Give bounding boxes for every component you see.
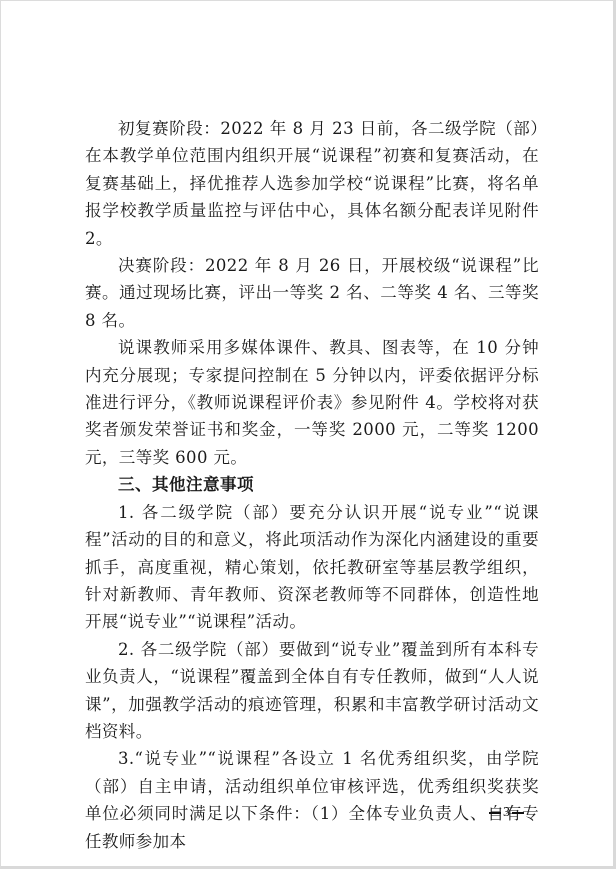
paragraph-final-stage: 决赛阶段：2022 年 8 月 26 日，开展校级“说课程”比赛。通过现场比赛，… [85, 252, 539, 334]
page-number-value: 3 [503, 805, 510, 821]
paragraph-note-1: 1. 各二级学院（部）要充分认识开展“说专业”“说课程”活动的目的和意义，将此项… [85, 499, 539, 636]
page-number: 3 [489, 805, 524, 821]
section-heading-other-notes: 三、其他注意事项 [85, 471, 539, 498]
paragraph-presentation-rules: 说课教师采用多媒体课件、教具、图表等，在 10 分钟内充分展现；专家提问控制在 … [85, 334, 539, 471]
paragraph-preliminary-stage: 初复赛阶段：2022 年 8 月 23 日前，各二级学院（部）在本教学单位范围内… [85, 115, 539, 252]
paragraph-note-2: 2. 各二级学院（部）要做到“说专业”覆盖到所有本科专业负责人，“说课程”覆盖到… [85, 636, 539, 746]
document-page: 初复赛阶段：2022 年 8 月 23 日前，各二级学院（部）在本教学单位范围内… [0, 0, 616, 869]
paragraph-note-3: 3.“说专业”“说课程”各设立 1 名优秀组织奖，由学院（部）自主申请，活动组织… [85, 745, 539, 855]
dash-right [512, 812, 524, 814]
dash-left [489, 812, 501, 814]
document-body: 初复赛阶段：2022 年 8 月 23 日前，各二级学院（部）在本教学单位范围内… [85, 115, 539, 855]
